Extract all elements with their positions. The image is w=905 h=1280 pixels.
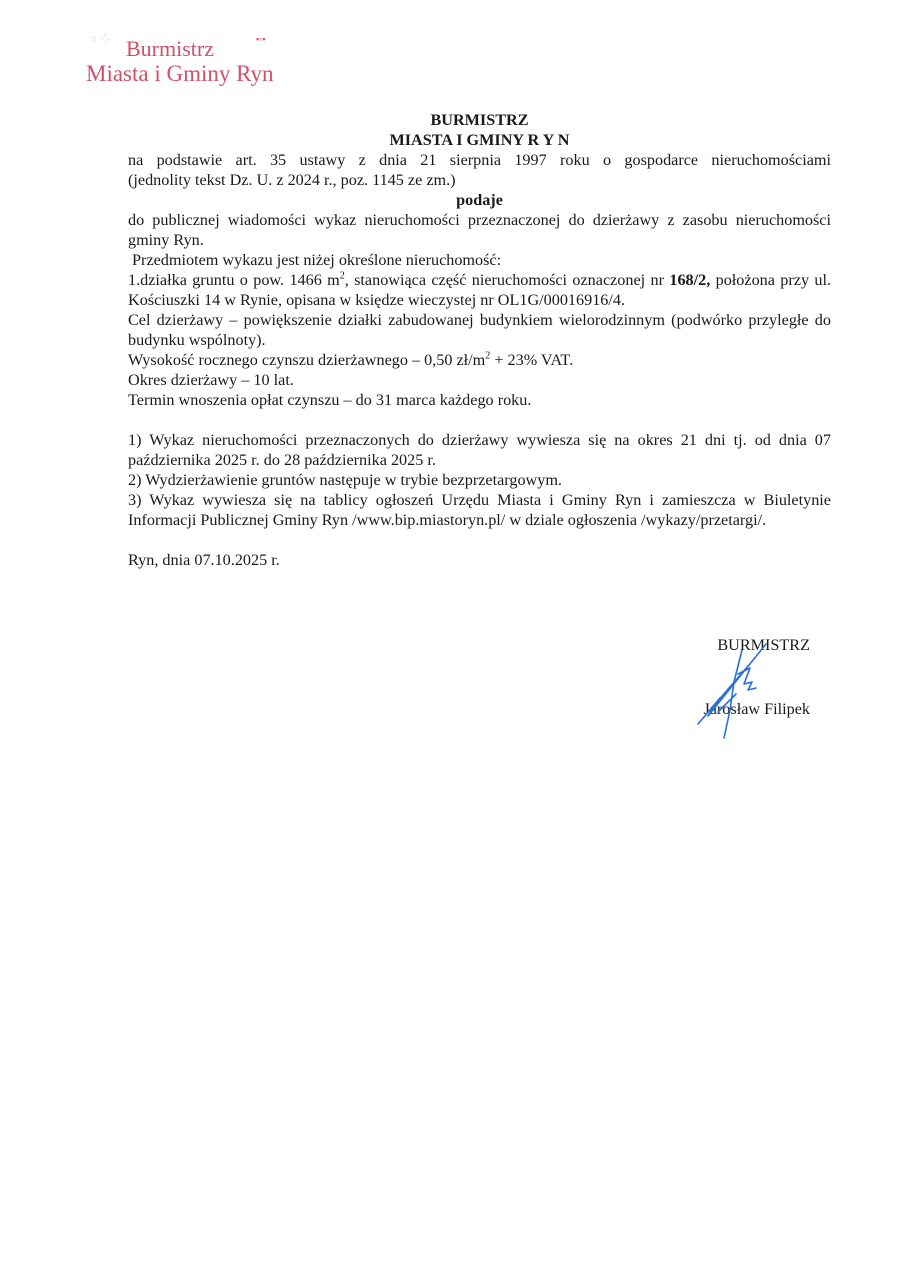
- document-body: BURMISTRZ MIASTA I GMINY R Y N na podsta…: [128, 110, 831, 570]
- stamp-dots-decoration: ▪▫▪: [256, 34, 266, 44]
- property-part: , stanowiąca część nieruchomości oznaczo…: [345, 271, 670, 289]
- handwritten-signature-icon: [678, 638, 788, 743]
- lease-purpose: Cel dzierżawy – powiększenie działki zab…: [128, 310, 831, 350]
- parcel-number: 168/2,: [669, 271, 710, 289]
- point-2: 2) Wydzierżawienie gruntów następuje w t…: [128, 470, 831, 490]
- stamp-dots-decoration: ⁘ ⁛: [90, 34, 110, 44]
- point-1: 1) Wykaz nieruchomości przeznaczonych do…: [128, 430, 831, 470]
- announcement-verb: podaje: [128, 190, 831, 210]
- payment-deadline: Termin wnoszenia opłat czynszu – do 31 m…: [128, 390, 831, 410]
- subject-text: Przedmiotem wykazu jest niżej określone …: [128, 250, 831, 270]
- stamp-line-1: Burmistrz: [86, 36, 274, 61]
- legal-basis-line-2: (jednolity tekst Dz. U. z 2024 r., poz. …: [128, 170, 831, 190]
- document-title: BURMISTRZ: [128, 110, 831, 130]
- document-subtitle: MIASTA I GMINY R Y N: [128, 130, 831, 150]
- rent-text: Wysokość rocznego czynszu dzierżawnego –…: [128, 351, 485, 369]
- rent-vat: + 23% VAT.: [490, 351, 573, 369]
- point-3: 3) Wykaz wywiesza się na tablicy ogłosze…: [128, 490, 831, 530]
- legal-basis-line-1: na podstawie art. 35 ustawy z dnia 21 si…: [128, 150, 831, 170]
- lease-period: Okres dzierżawy – 10 lat.: [128, 370, 831, 390]
- stamp-line-2: Miasta i Gminy Ryn: [86, 61, 274, 87]
- annual-rent: Wysokość rocznego czynszu dzierżawnego –…: [128, 350, 831, 370]
- letterhead-stamp: ⁘ ⁛ ▪▫▪ Burmistrz Miasta i Gminy Ryn: [86, 36, 274, 88]
- notice-text: do publicznej wiadomości wykaz nieruchom…: [128, 210, 831, 250]
- place-date: Ryn, dnia 07.10.2025 r.: [128, 550, 831, 570]
- property-area: 1.działka gruntu o pow. 1466 m: [128, 271, 340, 289]
- property-description: 1.działka gruntu o pow. 1466 m2, stanowi…: [128, 270, 831, 310]
